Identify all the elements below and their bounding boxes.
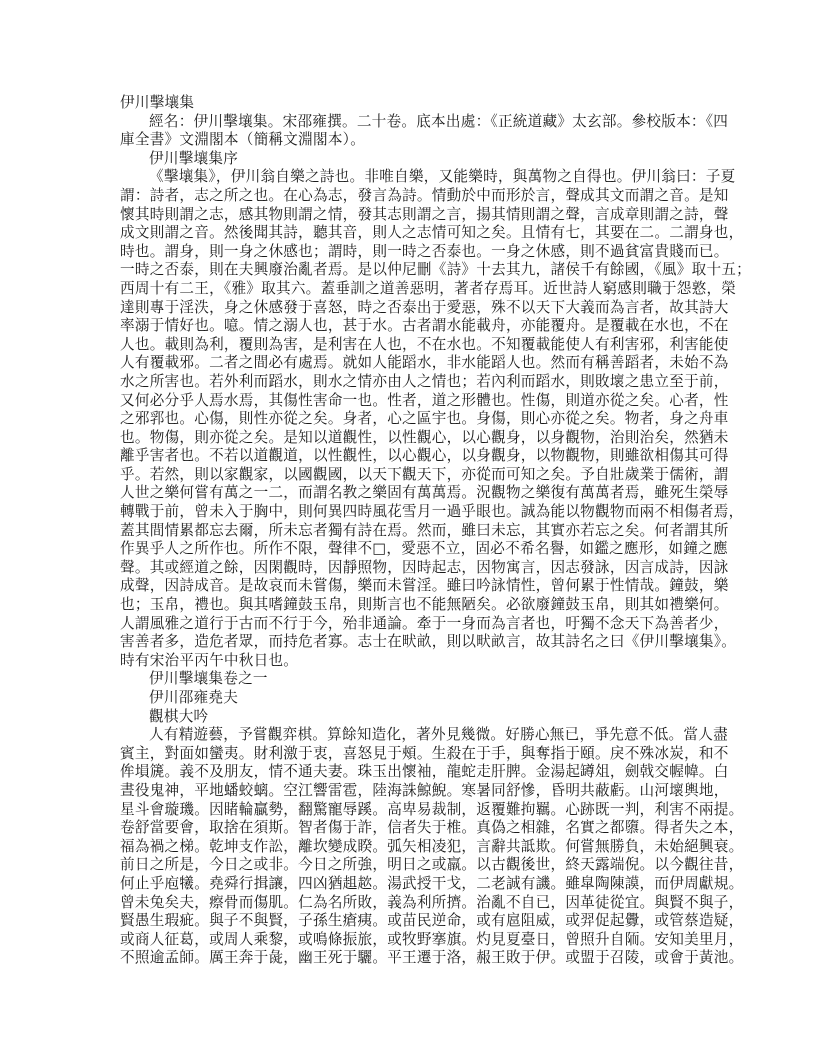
poem-body: 人有精遊藝，予嘗觀弈棋。算餘知造化，著外見幾微。好勝心無已，爭先意不低。當人盡 … [120, 726, 712, 968]
preface-title: 伊川擊壤集序 [120, 150, 712, 169]
text-line: 不照逾孟師。厲王奔于彘，幽王死于驪。平王遷于洛，赧王敗于伊。或盟于召陵，或會于黃… [120, 949, 712, 968]
text-line: 聲。其或經道之餘，因閑觀時，因靜照物，因時起志，因物寓言，因志發詠，因言成詩，因… [120, 559, 712, 578]
text-line: 成文則謂之音。然後聞其詩，聽其音，則人之志情可知之矣。且情有七，其要在二。二謂身… [120, 224, 712, 243]
text-line: 賓主，對面如蠻夷。財利激于衷，喜怒見于頰。生殺在于手，與奪指于頤。戾不殊冰炭，和… [120, 745, 712, 764]
poem-title: 觀棋大吟 [120, 708, 712, 727]
text-line: 也；玉帛，禮也。與其嗜鐘鼓玉帛，則斯言也不能無陋矣。必欲廢鐘鼓玉帛，則其如禮樂何… [120, 596, 712, 615]
text-line: 庫全書》文淵閣本（簡稱文淵閣本）。 [120, 131, 712, 150]
text-line: 作異乎人之所作也。所作不限，聲律不□，愛惡不立，固必不希名譽，如鑑之應形，如鐘之… [120, 540, 712, 559]
text-line: 何止乎庖犧。堯舜行揖讓，四凶猶趄趑。湯武授干戈，二老誠有譏。雖皐陶陳謨，而伊周獻… [120, 875, 712, 894]
text-line: 福為禍之梯。乾坤支作訟，離坎變成睽。弧矢相凌犯，言辭共詆欺。何嘗無勝負，未始絕興… [120, 838, 712, 857]
text-line: 晝役鬼神，平地蟠蛟螭。空江響雷雹，陸海誅鯨鯢。寒暑同舒慘，昏明共蔽虧。山河壞輿地… [120, 782, 712, 801]
author-line: 伊川邵雍堯夫 [120, 689, 712, 708]
text-line: 時也。謂身，則一身之休感也；謂時，則一時之否泰也。一身之休感，則不過貧富貴賤而已… [120, 243, 712, 262]
author-name: 伊川邵雍堯夫 [120, 689, 712, 708]
text-line: 曾未兔矣夫，瘵骨而傷肌。仁為名所敗，義為利所擠。治亂不自已，因革徒從宜。與賢不與… [120, 894, 712, 913]
text-line: 率溺于情好也。噫。情之溺人也，甚于水。古者謂水能載舟，亦能覆舟。是覆載在水也，不… [120, 317, 712, 336]
text-line: 人也。載則為利，覆則為害，是利害在人也，不在水也。不知覆載能使人有利害邪，利害能… [120, 336, 712, 355]
book-title: 伊川擊壤集 [120, 94, 712, 113]
text-line: 西周十有二王，《雅》取其六。蓋垂訓之道善惡明，著者存焉耳。近世詩人窮感則職于怨憝… [120, 280, 712, 299]
text-line: 達則專于淫泆，身之休感發于喜怒，時之否泰出于愛惡，殊不以天下大義而為言者，故其詩… [120, 299, 712, 318]
text-line: 乎。若然，則以家觀家，以國觀國，以天下觀天下，亦從而可知之矣。予自壯歲業于儒術，… [120, 466, 712, 485]
text-line: 害善者多，造危者眾，而持危者寡。志士在畎畝，則以畎畝言，故其詩名之曰《伊川擊壤集… [120, 633, 712, 652]
text-line: 謂：詩者，志之所之也。在心為志，發言為詩。情動於中而形於言，聲成其文而謂之音。是… [120, 187, 712, 206]
text-line: 人有精遊藝，予嘗觀弈棋。算餘知造化，著外見幾微。好勝心無已，爭先意不低。當人盡 [120, 726, 712, 745]
preface-body: 《擊壤集》，伊川翁自樂之詩也。非唯自樂，又能樂時，與萬物之自得也。伊川翁曰：子夏… [120, 168, 712, 670]
text-line: 賢愚生瑕疵。與子不與賢，子孫生瘡痍。或苗民逆命，或有扈阻威，或羿促起釁，或管蔡造… [120, 912, 712, 931]
text-line: 星斗會璇璣。因睹輪贏勢，翻驚寵辱蹊。高卑易裁制，返覆難拘羈。心跡既一判，利害不兩… [120, 801, 712, 820]
volume-title-line: 伊川擊壤集卷之一 [120, 670, 712, 689]
metadata-paragraph: 經名：伊川擊壤集。宋邵雍撰。二十卷。底本出處：《正統道藏》太玄部。參校版本：《四… [120, 113, 712, 150]
text-line: 《擊壤集》，伊川翁自樂之詩也。非唯自樂，又能樂時，與萬物之自得也。伊川翁曰：子夏 [120, 168, 712, 187]
text-line: 時有宋治平丙午中秋日也。 [120, 652, 712, 671]
preface-title-line: 伊川擊壤集序 [120, 150, 712, 169]
text-line: 人有覆載邪。二者之間必有處焉。就如人能蹈水，非水能蹈人也。然而有稱善蹈者，未始不… [120, 354, 712, 373]
text-line: 之邪郛也。心傷，則性亦從之矣。身者，心之區宇也。身傷，則心亦從之矣。物者，身之舟… [120, 410, 712, 429]
text-line: 卷舒當要會，取捨在須斯。智者傷于詐，信者失于椎。真偽之相雜，名實之都隳。得者失之… [120, 819, 712, 838]
text-line: 或商人征葛，或周人乘黎，或鳴條振旅，或牧野搴旗。灼見夏臺日，曾照升自陑。安知美里… [120, 931, 712, 950]
book-title-line: 伊川擊壤集 [120, 94, 712, 113]
text-line: 一時之否泰，則在夫興廢治亂者焉。是以仲尼刪《詩》十去其九，諸侯千有餘國，《風》取… [120, 261, 712, 280]
text-line: 離乎害者也。不若以道觀道，以性觀性，以心觀心，以身觀身，以物觀物，則雖欲相傷其可… [120, 447, 712, 466]
text-line: 經名：伊川擊壤集。宋邵雍撰。二十卷。底本出處：《正統道藏》太玄部。參校版本：《四 [120, 113, 712, 132]
text-line: 懷其時則謂之志，感其物則謂之情，發其志則謂之言，揚其情則謂之聲，言成章則謂之詩，… [120, 206, 712, 225]
text-line: 蓋其間情累都忘去爾，所未忘者獨有詩在焉。然而，雖曰未忘，其實亦若忘之矣。何者謂其… [120, 522, 712, 541]
text-line: 成聲，因詩成音。是故哀而未嘗傷，樂而未嘗淫。雖曰吟詠情性，曾何累于性情哉。鐘鼓，… [120, 577, 712, 596]
text-line: 水之所害也。若外利而蹈水，則水之情亦由人之情也；若內利而蹈水，則敗壞之患立至于前… [120, 373, 712, 392]
text-line: 也。物傷，則亦從之矣。是知以道觀性，以性觀心，以心觀身，以身觀物，治則治矣，然猶… [120, 429, 712, 448]
text-line: 侔塤篪。義不及朋友，情不通夫妻。珠玉出懷袖，龍蛇走肝脾。金湯起罇俎，劍戟交幄幃。… [120, 763, 712, 782]
document-page: 伊川擊壤集 經名：伊川擊壤集。宋邵雍撰。二十卷。底本出處：《正統道藏》太玄部。參… [120, 94, 712, 968]
poem-title-line: 觀棋大吟 [120, 708, 712, 727]
text-line: 人謂風雅之道行于古而不行于今，殆非通論。牽于一身而為言者也，吁獨不念天下為善者少… [120, 615, 712, 634]
text-line: 轉戰于前，曾未入于胸中，則何異四時風花雪月一過乎眼也。誠為能以物觀物而兩不相傷者… [120, 503, 712, 522]
volume-title: 伊川擊壤集卷之一 [120, 670, 712, 689]
text-line: 前日之所是，今日之或非。今日之所強，明日之或羸。以古觀後世，終天露端倪。以今觀往… [120, 856, 712, 875]
text-line: 人世之樂何嘗有萬之一二，而謂名教之樂固有萬萬焉。況觀物之樂復有萬萬者焉，雖死生榮… [120, 484, 712, 503]
text-line: 又何必分乎人焉水焉，其傷性害命一也。性者，道之形體也。性傷，則道亦從之矣。心者，… [120, 392, 712, 411]
